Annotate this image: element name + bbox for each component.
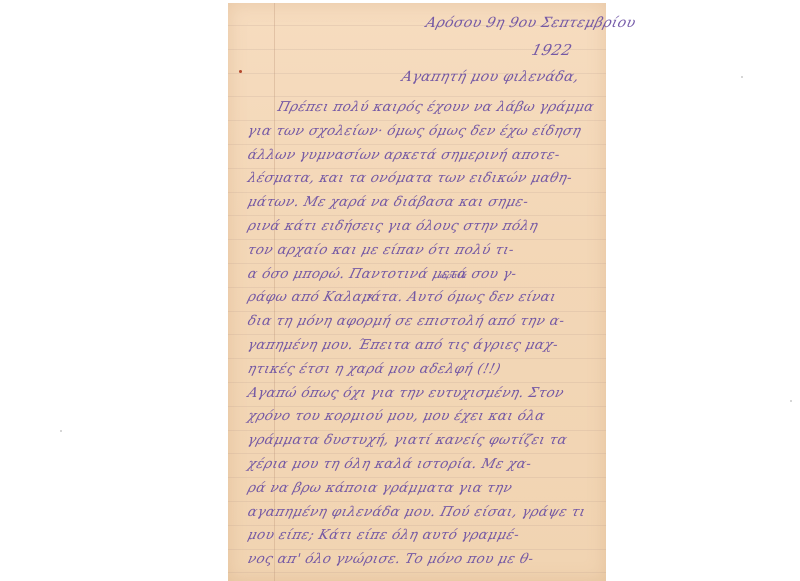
paper-rule: [228, 358, 606, 359]
ink-spot: [239, 70, 242, 73]
scan-speck: [790, 400, 792, 402]
paper-rule: [228, 549, 606, 550]
letter-line: γαπημένη μου. Έπειτα από τις άγριες μαχ-: [246, 337, 560, 353]
letter-line: ρά να βρω κάποια γράμματα για την: [246, 480, 514, 496]
letter-line: α όσο μπορώ. Παντοτινά μετά σου γ-: [246, 266, 519, 282]
year: 1922: [530, 41, 574, 59]
letter-line: ητικές έτσι η χαρά μου αδελφή (!!): [246, 361, 503, 377]
paper-rule: [228, 144, 606, 145]
letter-line: χρόνο του κορμιού μου, μου έχει και όλα: [246, 408, 547, 424]
salutation: Αγαπητή μου φιλενάδα,: [400, 69, 581, 85]
paper-rule: [228, 453, 606, 454]
paper-rule: [228, 334, 606, 335]
paper-rule: [228, 287, 606, 288]
letter-line: νος απ' όλο γνώρισε. Το μόνο που με θ-: [246, 551, 535, 567]
letter-line: γράμματα δυστυχή, γιατί κανείς φωτίζει τ…: [246, 432, 569, 448]
paper-rule: [228, 168, 606, 169]
date-line: Αρόσου 9η 9ου Σεπτεμβρίου: [424, 15, 637, 31]
letter-line: ράφω από Καλαμάτα. Αυτό όμως δεν είναι: [246, 289, 558, 305]
letter-line: άλλων γυμνασίων αρκετά σημερινή αποτε-: [246, 147, 562, 163]
paper-rule: [228, 192, 606, 193]
letter-line: Αγαπώ όπως όχι για την ευτυχισμένη. Στον: [246, 385, 566, 401]
paper-rule: [228, 311, 606, 312]
paper-rule: [228, 572, 606, 573]
paper-rule: [228, 406, 606, 407]
paper-rule: [228, 525, 606, 526]
letter-line: λέσματα, και τα ονόματα των ειδικών μαθη…: [246, 170, 574, 186]
paper-rule: [228, 430, 606, 431]
letter-line: ρινά κάτι ειδήσεις για όλους στην πόλη: [246, 218, 540, 234]
letter-line: τον αρχαίο και με είπαν ότι πολύ τι-: [246, 242, 516, 258]
letter-line: μάτων. Με χαρά να διάβασα και σημε-: [246, 194, 530, 210]
letter-line: μου είπε; Κάτι είπε όλη αυτό γραμμέ-: [246, 527, 521, 543]
letter-line: Πρέπει πολύ καιρός έχουν να λάβω γράμμα: [276, 99, 596, 115]
letter-line: αγαπημένη φιλενάδα μου. Πού είσαι, γράψε…: [246, 504, 587, 520]
paper-rule: [228, 263, 606, 264]
paper-rule: [228, 239, 606, 240]
letter-page: Αρόσου 9η 9ου Σεπτεμβρίου 1922 Αγαπητή μ…: [228, 3, 606, 581]
paper-rule: [228, 382, 606, 383]
scan-speck: [60, 430, 62, 432]
paper-rule: [228, 96, 606, 97]
paper-rule: [228, 215, 606, 216]
insertion-mark: ×: [366, 292, 375, 303]
letter-line: χέρια μου τη όλη καλά ιστορία. Με χα-: [246, 456, 533, 472]
interlinear-note: ωραία: [439, 271, 468, 280]
paper-rule: [228, 120, 606, 121]
paper-rule: [228, 477, 606, 478]
scan-speck: [741, 76, 743, 78]
letter-line: δια τη μόνη αφορμή σε επιστολή από την α…: [246, 313, 566, 329]
letter-line: για των σχολείων· όμως όμως δεν έχω είδη…: [246, 123, 583, 139]
paper-rule: [228, 501, 606, 502]
